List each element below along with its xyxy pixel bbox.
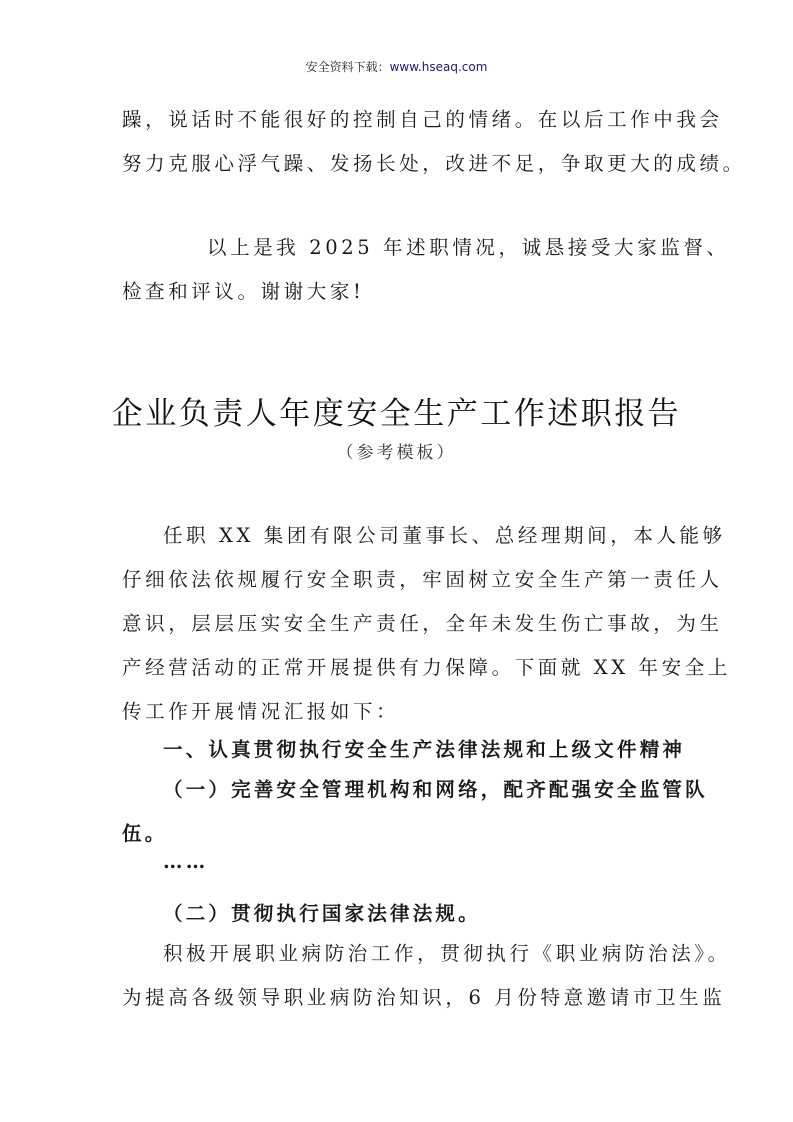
body-line: 积极开展职业病防治工作，贯彻执行《职业病防治法》。 xyxy=(163,938,731,966)
report-title: 企业负责人年度安全生产工作述职报告 xyxy=(0,388,793,433)
header-label: 安全资料下载： xyxy=(306,60,390,74)
subsection-heading: （一）完善安全管理机构和网络，配齐配强安全监管队 xyxy=(163,774,708,802)
body-line: 为提高各级领导职业病防治知识，6 月份特意邀请市卫生监 xyxy=(122,982,725,1010)
page-header: 安全资料下载：www.hseaq.com xyxy=(0,58,793,75)
section-heading: 一、认真贯彻执行安全生产法律法规和上级文件精神 xyxy=(163,734,685,762)
subsection-heading: 伍。 xyxy=(122,818,167,846)
paragraph-line: 躁，说话时不能很好的控制自己的情绪。在以后工作中我会 xyxy=(122,104,723,132)
closing-line: 检查和评议。谢谢大家! xyxy=(122,276,364,304)
paragraph-line: 努力克服心浮气躁、发扬长处，改进不足，争取更大的成绩。 xyxy=(122,148,746,176)
closing-line: 以上是我 2025 年述职情况，诚恳接受大家监督、 xyxy=(207,232,730,260)
ellipsis: …… xyxy=(163,850,208,873)
header-url-link[interactable]: www.hseaq.com xyxy=(390,60,488,74)
intro-line: 仔细依法依规履行安全职责，牢固树立安全生产第一责任人 xyxy=(122,564,723,592)
intro-line: 意识，层层压实安全生产责任，全年未发生伤亡事故，为生 xyxy=(122,608,723,636)
report-subtitle: （参考模板） xyxy=(0,438,793,463)
intro-line: 传工作开展情况汇报如下： xyxy=(122,696,399,724)
intro-line: 任职 XX 集团有限公司董事长、总经理期间，本人能够 xyxy=(163,520,726,548)
subsection-heading: （二）贯彻执行国家法律法规。 xyxy=(163,898,481,926)
intro-line: 产经营活动的正常开展提供有力保障。下面就 XX 年安全上 xyxy=(122,652,731,680)
document-page: 安全资料下载：www.hseaq.com 躁，说话时不能很好的控制自己的情绪。在… xyxy=(0,0,793,1122)
